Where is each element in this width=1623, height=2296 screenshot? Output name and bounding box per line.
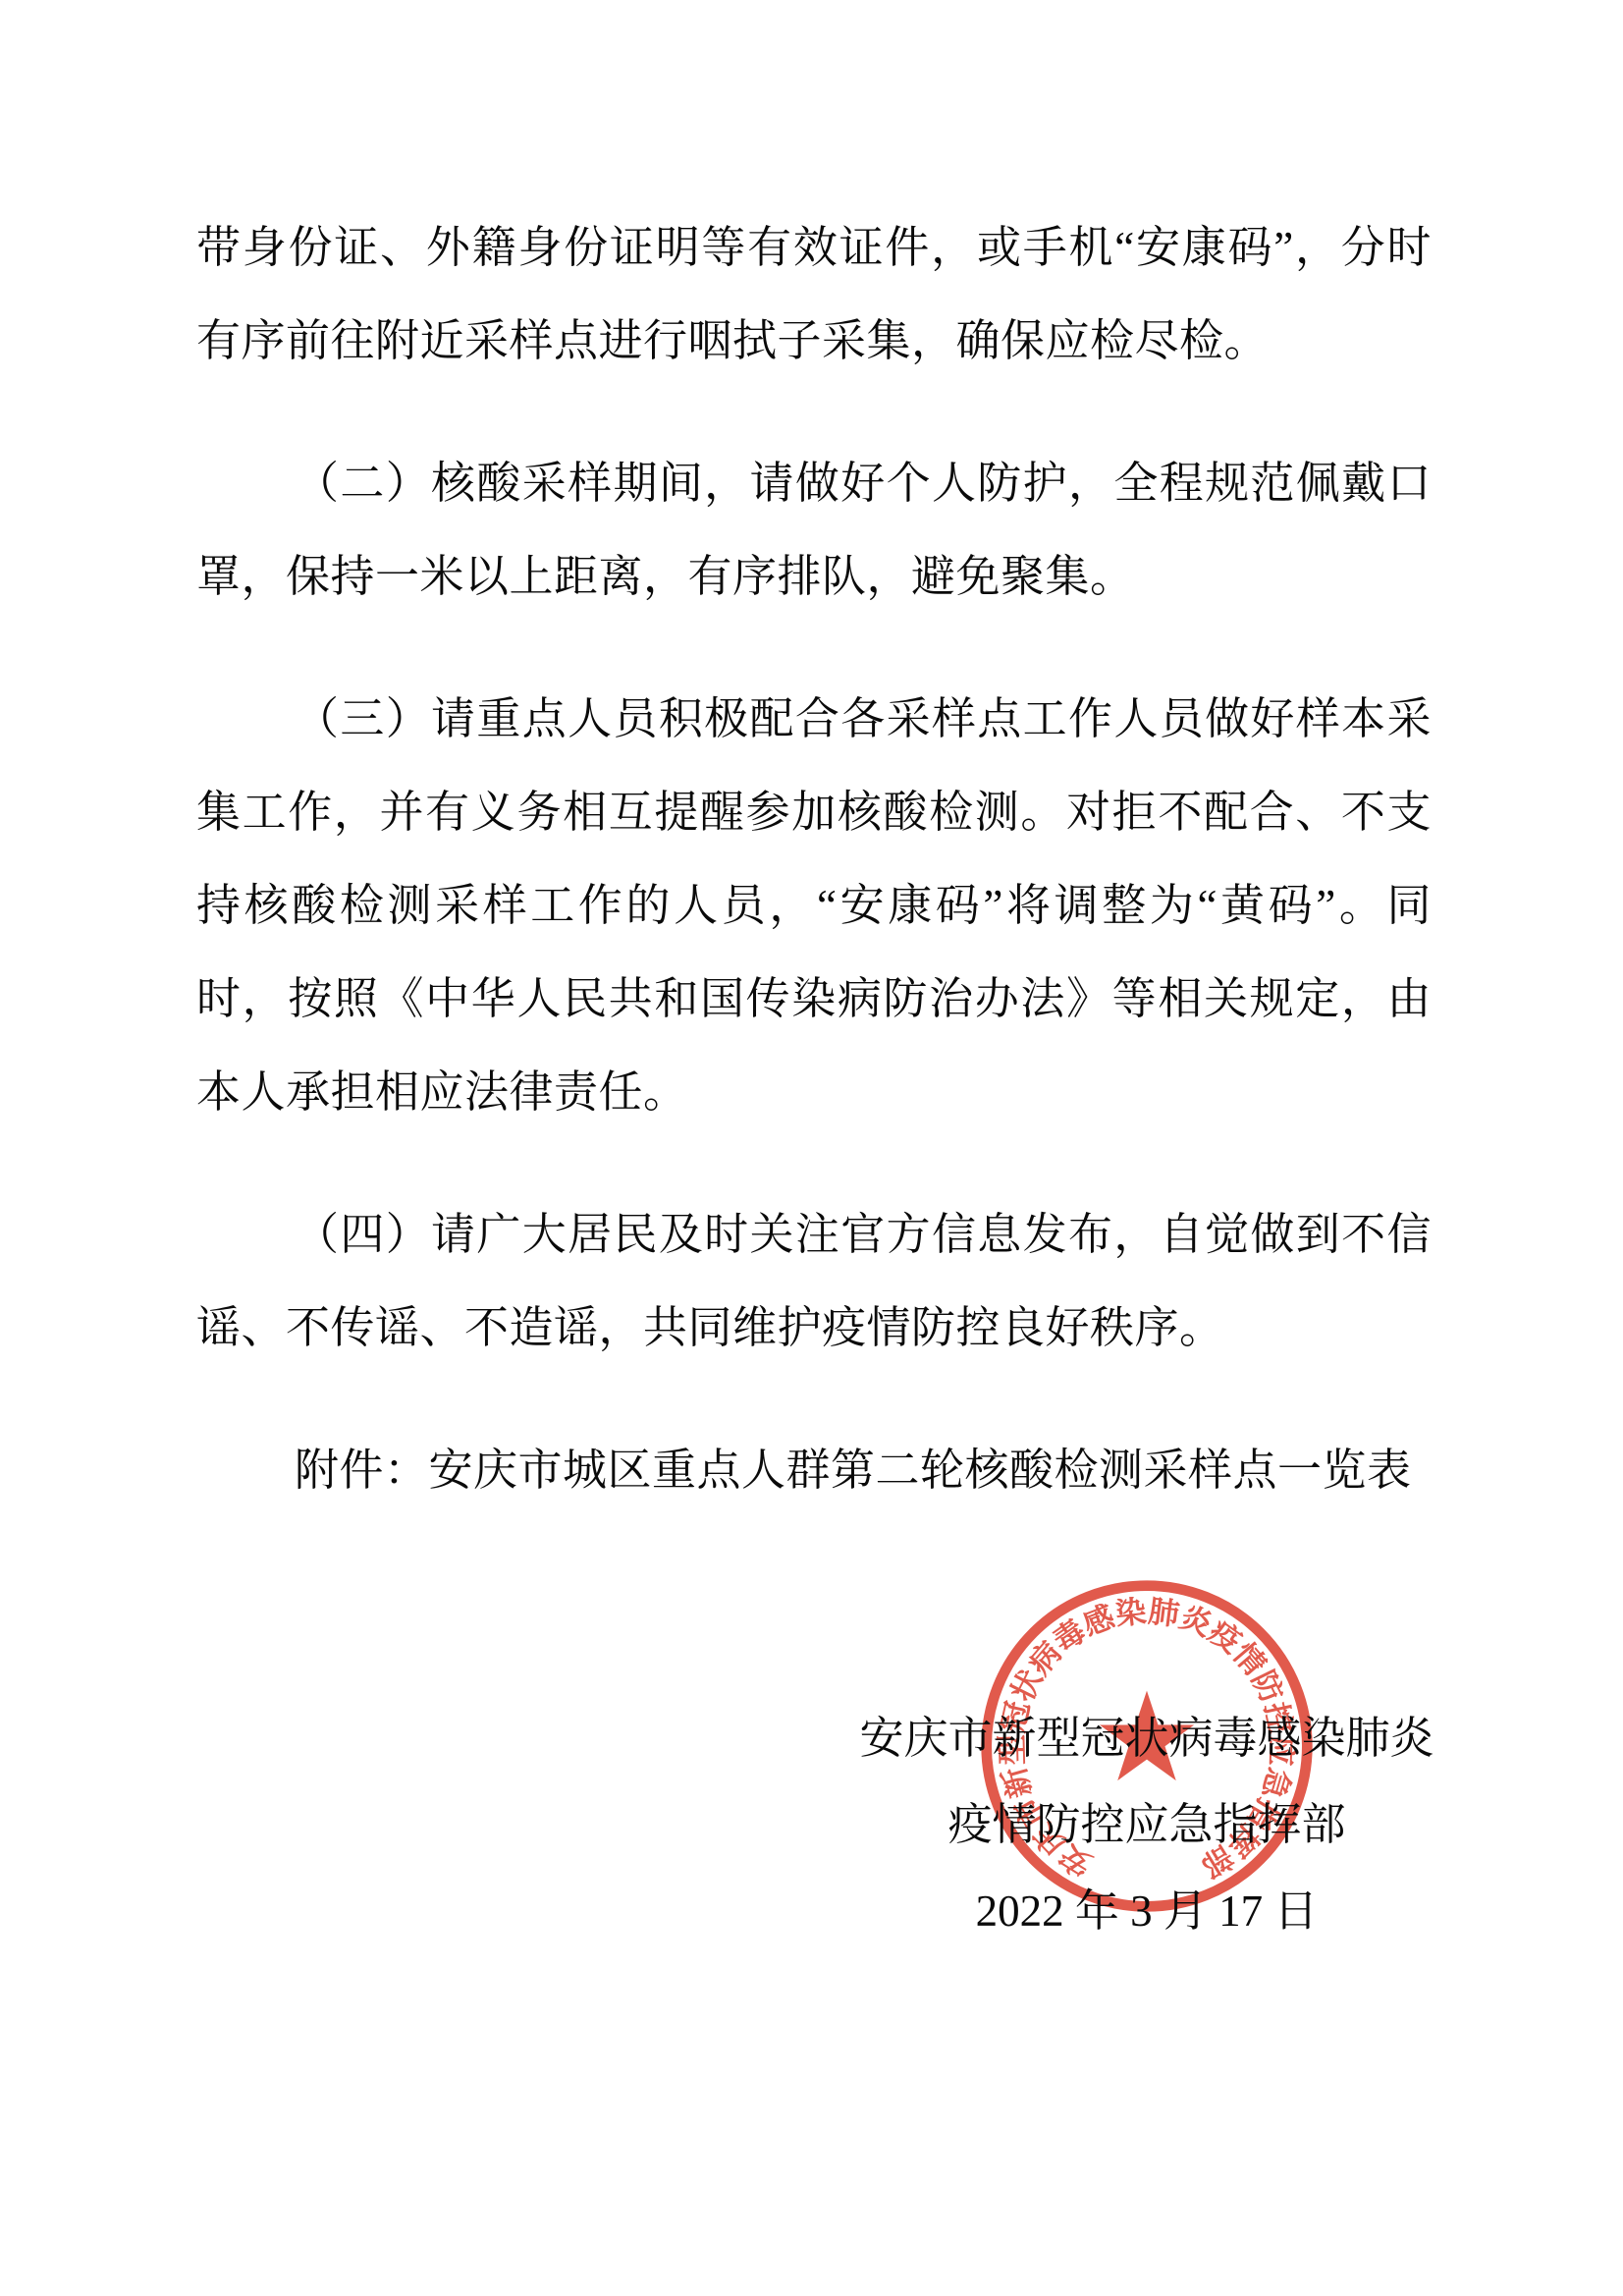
paragraph: （二）核酸采样期间，请做好个人防护，全程规范佩戴口罩，保持一米以上距离，有序排队…	[196, 437, 1432, 624]
org-name-line-1: 安庆市新型冠状病毒感染肺炎	[727, 1695, 1567, 1781]
attachment-line: 附件：安庆市城区重点人群第二轮核酸检测采样点一览表	[196, 1424, 1432, 1517]
signature-block: 安庆市新型冠状病毒感染肺炎 疫情防控应急指挥部 2022 年 3 月 17 日	[727, 1695, 1567, 1954]
paragraph: （三）请重点人员积极配合各采样点工作人员做好样本采集工作，并有义务相互提醒参加核…	[196, 673, 1432, 1139]
paragraph: 带身份证、外籍身份证明等有效证件，或手机“安康码”，分时有序前往附近采样点进行咽…	[196, 201, 1432, 388]
page: 带身份证、外籍身份证明等有效证件，或手机“安康码”，分时有序前往附近采样点进行咽…	[0, 0, 1623, 2296]
paragraph: （四）请广大居民及时关注官方信息发布，自觉做到不信谣、不传谣、不造谣，共同维护疫…	[196, 1188, 1432, 1375]
org-name-line-2: 疫情防控应急指挥部	[727, 1781, 1567, 1868]
body-text: 带身份证、外籍身份证明等有效证件，或手机“安康码”，分时有序前往附近采样点进行咽…	[196, 201, 1432, 1566]
date-line: 2022 年 3 月 17 日	[727, 1868, 1567, 1954]
